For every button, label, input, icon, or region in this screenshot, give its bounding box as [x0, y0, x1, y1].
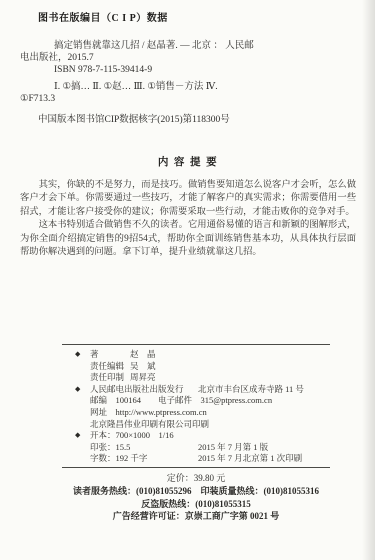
cip-description-line-2: 电出版社，2015.7 — [20, 52, 355, 64]
colophon-row-website: 网址 http://www.ptpress.com.cn — [62, 407, 330, 419]
diamond-bullet-icon: ◆ — [75, 349, 80, 361]
colophon-row-format: ◆ 开本：700×1000 1/16 — [62, 430, 330, 442]
page-edge-shading — [362, 0, 375, 560]
colophon-row-author: ◆ 著赵 晶 — [62, 349, 330, 361]
cip-description-line-1: 搞定销售就靠这几招 / 赵晶著. — 北京 ： 人民邮 — [20, 40, 355, 52]
colophon-row-wordcount-printing: 字数：192 千字2015 年 7 月北京第 1 次印刷 — [62, 453, 330, 465]
bottom-rule-divider — [62, 467, 330, 468]
row-value: 北京市丰台区成寿寺路 11 号 — [198, 384, 304, 394]
colophon-section: ◆ 著赵 晶 责任编辑吴 斌 责任印制周昇亮 ◆ 人民邮电出版社出版发行北京市丰… — [62, 344, 330, 522]
ad-license-line: 广告经营许可证：京崇工商广字第 0021 号 — [62, 510, 330, 522]
row-label: 印张：15.5 — [90, 442, 198, 454]
colophon-row-editor: 责任编辑吴 斌 — [62, 361, 330, 373]
row-label: 字数：192 千字 — [90, 453, 198, 465]
cip-title: 图书在版编目（C I P）数据 — [38, 13, 355, 25]
book-copyright-page: 图书在版编目（C I P）数据 搞定销售就靠这几招 / 赵晶著. — 北京 ： … — [0, 0, 375, 560]
cip-classification-line-1: Ⅰ. ①搞… Ⅱ. ①赵… Ⅲ. ①销售－方法 Ⅳ. — [20, 81, 355, 93]
row-value: 周昇亮 — [130, 372, 156, 382]
colophon-row-printer: 北京隆昌伟业印刷有限公司印刷 — [62, 419, 330, 431]
cip-classification-line-2: ①F713.3 — [20, 93, 355, 105]
colophon-row-postcode-email: 邮编 100164 电子邮件 315@ptpress.com.cn — [62, 395, 330, 407]
summary-section: 内 容 提 要 其实，你缺的不是努力，而是技巧。做销售要知道怎么说客户才会听，怎… — [20, 154, 356, 259]
summary-body: 其实，你缺的不是努力，而是技巧。做销售要知道怎么说客户才会听，怎么做客户才会下单… — [20, 179, 356, 259]
row-value: 2015 年 7 月第 1 版 — [198, 442, 268, 452]
row-value: 吴 斌 — [130, 361, 156, 371]
row-label: 人民邮电出版社出版发行 — [90, 384, 198, 396]
row-value: 赵 晶 — [130, 349, 156, 359]
reader-service-hotline: 读者服务热线：(010)81055296 印装质量热线：(010)8105531… — [62, 485, 330, 497]
hotlines-block: 读者服务热线：(010)81055296 印装质量热线：(010)8105531… — [62, 485, 330, 522]
cip-section: 图书在版编目（C I P）数据 搞定销售就靠这几招 / 赵晶著. — 北京 ： … — [20, 0, 355, 126]
row-text: 网址 http://www.ptpress.com.cn — [90, 407, 207, 417]
cip-record-number: 中国版本图书馆CIP数据核字(2015)第118300号 — [20, 114, 355, 126]
row-label: 责任编辑 — [90, 361, 130, 373]
row-text: 邮编 100164 电子邮件 315@ptpress.com.cn — [90, 395, 272, 405]
row-label: 责任印制 — [90, 372, 130, 384]
row-text: 开本：700×1000 1/16 — [90, 430, 174, 440]
isbn-line: ISBN 978-7-115-39414-9 — [20, 64, 355, 76]
row-text: 北京隆昌伟业印刷有限公司印刷 — [90, 419, 209, 429]
diamond-bullet-icon: ◆ — [75, 384, 80, 396]
diamond-bullet-icon: ◆ — [75, 430, 80, 442]
anti-piracy-hotline: 反盗版热线：(010)81055315 — [62, 498, 330, 510]
summary-heading: 内 容 提 要 — [20, 154, 356, 169]
price-line: 定价：39.80 元 — [62, 472, 330, 484]
summary-paragraph-1: 其实，你缺的不是努力，而是技巧。做销售要知道怎么说客户才会听，怎么做客户才会下单… — [20, 179, 356, 219]
colophon-rows: ◆ 著赵 晶 责任编辑吴 斌 责任印制周昇亮 ◆ 人民邮电出版社出版发行北京市丰… — [62, 345, 330, 465]
colophon-row-sheets-edition: 印张：15.52015 年 7 月第 1 版 — [62, 442, 330, 454]
colophon-row-print-supervisor: 责任印制周昇亮 — [62, 372, 330, 384]
row-label: 著 — [90, 349, 130, 361]
colophon-row-publisher: ◆ 人民邮电出版社出版发行北京市丰台区成寿寺路 11 号 — [62, 384, 330, 396]
summary-paragraph-2: 这本书特别适合做销售不久的读者。它用通俗易懂的语言和新颖的图解形式，为你全面介绍… — [20, 219, 356, 259]
row-value: 2015 年 7 月北京第 1 次印刷 — [198, 453, 302, 463]
